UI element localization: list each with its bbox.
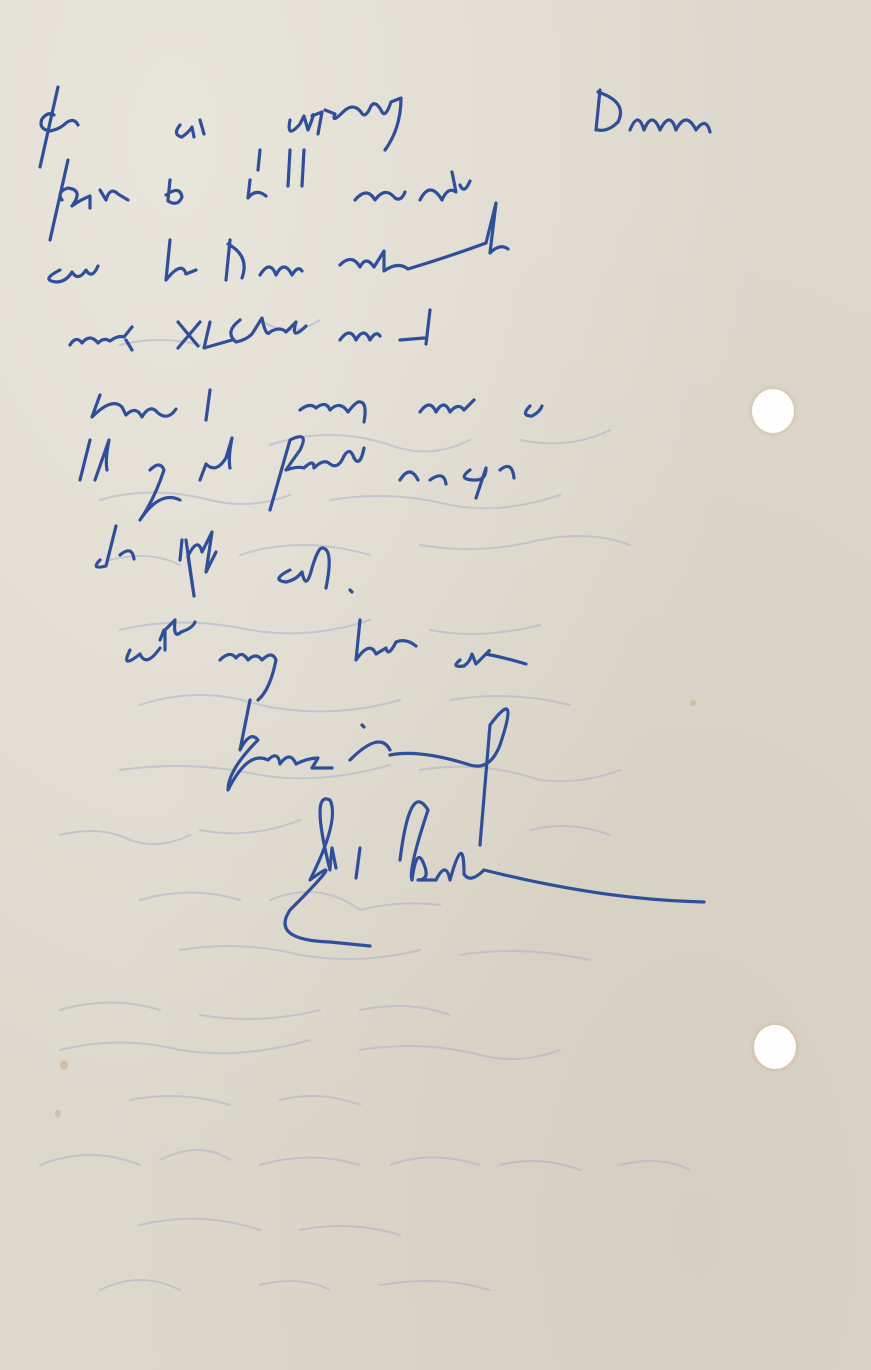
punch-hole — [754, 1025, 796, 1069]
letter-page: from all attending dinner parties but I … — [0, 0, 871, 1370]
handwriting — [0, 0, 871, 1370]
punch-hole — [752, 389, 794, 433]
